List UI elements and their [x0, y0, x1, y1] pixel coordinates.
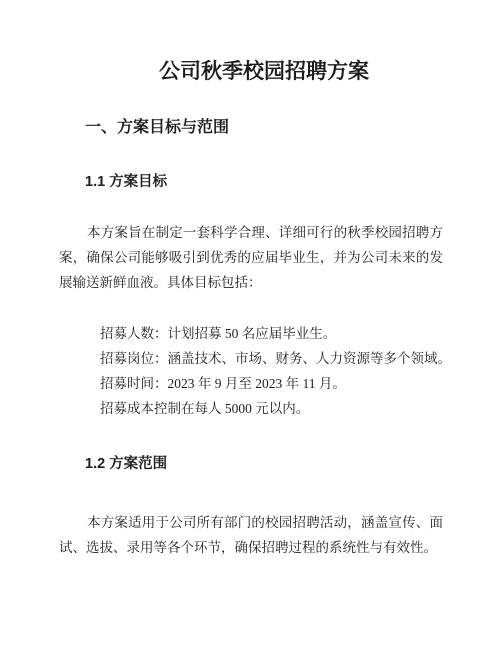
section-heading-1: 一、方案目标与范围 — [85, 117, 443, 139]
subsection-heading-1-1: 1.1 方案目标 — [85, 172, 443, 192]
paragraph-scope: 本方案适用于公司所有部门的校园招聘活动，涵盖宣传、面试、选拔、录用等各个环节，确… — [59, 510, 443, 560]
document-page: 公司秋季校园招聘方案 一、方案目标与范围 1.1 方案目标 本方案旨在制定一套科… — [0, 0, 500, 647]
subsection-heading-1-2: 1.2 方案范围 — [85, 454, 443, 474]
paragraph-goals: 本方案旨在制定一套科学合理、详细可行的秋季校园招聘方案，确保公司能够吸引到优秀的… — [59, 220, 443, 295]
list-item-headcount: 招募人数：计划招募 50 名应届毕业生。 — [100, 321, 443, 346]
document-title: 公司秋季校园招聘方案 — [59, 60, 443, 84]
list-item-cost: 招募成本控制在每人 5000 元以内。 — [100, 396, 443, 421]
list-item-positions: 招募岗位：涵盖技术、市场、财务、人力资源等多个领域。 — [100, 346, 443, 371]
goal-list: 招募人数：计划招募 50 名应届毕业生。 招募岗位：涵盖技术、市场、财务、人力资… — [100, 321, 443, 421]
list-item-timeline: 招募时间：2023 年 9 月至 2023 年 11 月。 — [100, 371, 443, 396]
